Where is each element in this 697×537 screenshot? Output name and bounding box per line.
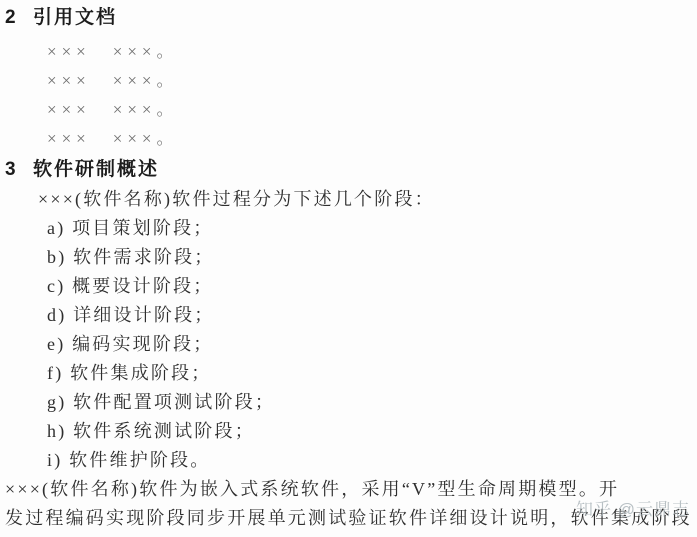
scanned-document: { "document": { "section2": { "number": …	[0, 0, 697, 537]
reference-placeholder-line: ××× ×××。	[47, 95, 691, 124]
reference-placeholder-line: ××× ×××。	[47, 124, 691, 153]
phase-list-item: i) 软件维护阶段。	[47, 446, 691, 475]
phase-list-item: e) 编码实现阶段；	[47, 330, 691, 359]
reference-placeholder-line: ××× ×××。	[47, 37, 691, 66]
phase-list-item: f) 软件集成阶段；	[47, 359, 691, 388]
phase-list-item: a) 项目策划阶段；	[47, 214, 691, 243]
reference-placeholder-line: ××× ×××。	[47, 66, 691, 95]
section-3-title: 软件研制概述	[33, 158, 159, 182]
section-3-heading: 3 软件研制概述	[5, 158, 691, 182]
section-3-number: 3	[5, 158, 33, 182]
phases-intro-line: ×××(软件名称)软件过程分为下述几个阶段：	[38, 185, 691, 214]
closing-paragraph-line: ×××(软件名称)软件为嵌入式系统软件，采用“V”型生命周期模型。开	[5, 475, 691, 504]
closing-paragraph-line: 发过程编码实现阶段同步开展单元测试验证软件详细设计说明，软件集成阶段	[5, 504, 691, 533]
section-software-development-overview: 3 软件研制概述 ×××(软件名称)软件过程分为下述几个阶段： a) 项目策划阶…	[5, 158, 691, 533]
section-referenced-documents: 2 引用文档 ××× ×××。 ××× ×××。 ××× ×××。 ××× ××…	[5, 6, 691, 153]
section-2-number: 2	[5, 6, 33, 30]
phase-list-item: c) 概要设计阶段；	[47, 272, 691, 301]
phase-list-item: g) 软件配置项测试阶段；	[47, 388, 691, 417]
phase-list-item: b) 软件需求阶段；	[47, 243, 691, 272]
section-2-title: 引用文档	[33, 6, 117, 30]
phase-list-item: d) 详细设计阶段；	[47, 301, 691, 330]
document-page: 2 引用文档 ××× ×××。 ××× ×××。 ××× ×××。 ××× ××…	[0, 0, 697, 537]
phase-list-item: h) 软件系统测试阶段；	[47, 417, 691, 446]
section-2-heading: 2 引用文档	[5, 6, 691, 30]
phase-list: a) 项目策划阶段； b) 软件需求阶段； c) 概要设计阶段； d) 详细设计…	[5, 214, 691, 475]
